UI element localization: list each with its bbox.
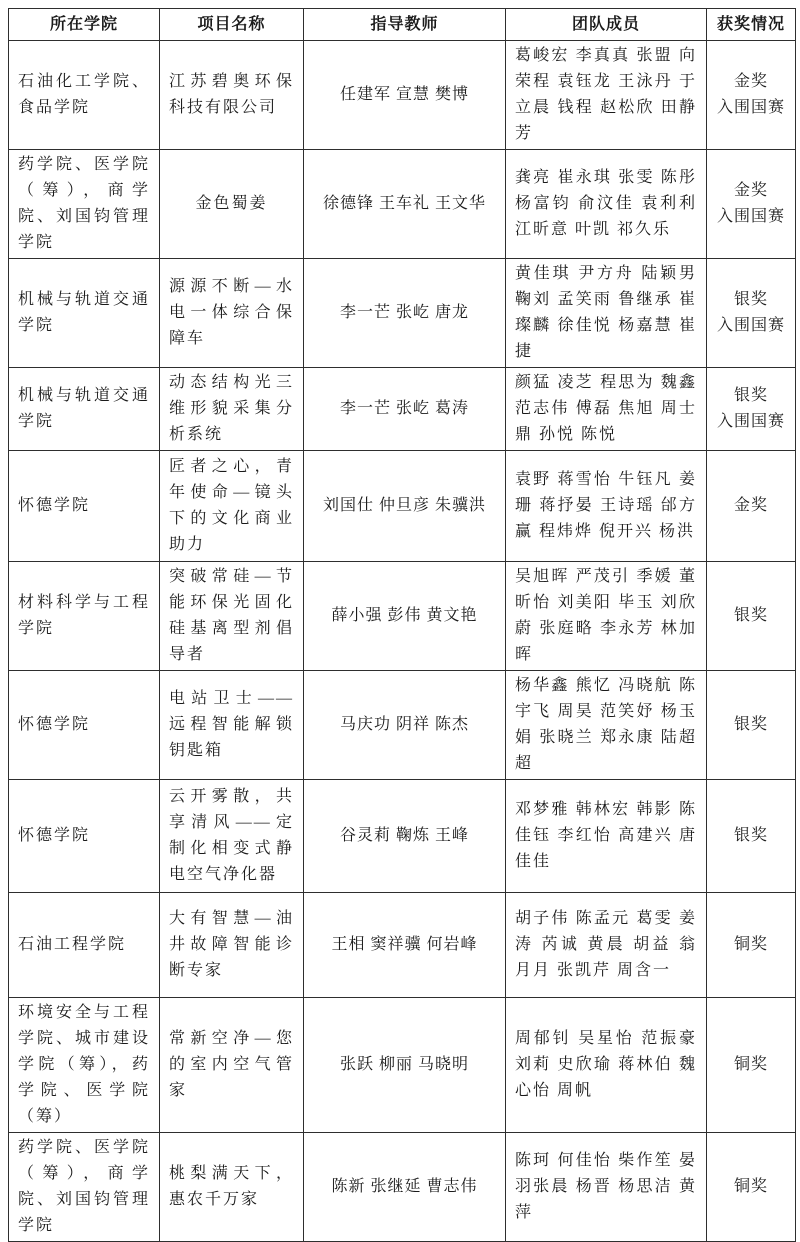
col-header-college: 所在学院	[9, 9, 160, 41]
college-cell: 怀德学院	[9, 451, 160, 562]
project-cell: 大有智慧—油井故障智能诊断专家	[160, 893, 304, 998]
teachers-cell: 谷灵莉 鞠炼 王峰	[304, 780, 506, 893]
project-cell: 电站卫士——远程智能解锁钥匙箱	[160, 671, 304, 780]
college-cell: 材料科学与工程学院	[9, 562, 160, 671]
college-cell: 环境安全与工程学院、城市建设学院（筹），药学院、医学院（筹）	[9, 998, 160, 1133]
project-cell: 金色蜀姜	[160, 150, 304, 259]
table-row: 石油化工学院、食品学院 江苏碧奥环保科技有限公司 任建军 宣慧 樊博 葛峻宏 李…	[9, 41, 796, 150]
project-cell: 动态结构光三维形貌采集分析系统	[160, 368, 304, 451]
college-cell: 机械与轨道交通学院	[9, 259, 160, 368]
document-page: 所在学院 项目名称 指导教师 团队成员 获奖情况 石油化工学院、食品学院 江苏碧…	[0, 0, 800, 1242]
college-cell: 药学院、医学院（筹），商学院、刘国钧管理学院	[9, 1133, 160, 1242]
members-cell: 陈珂 何佳怡 柴作笙 晏羽张晨 杨晋 杨思洁 黄萍	[506, 1133, 707, 1242]
award-cell: 金奖 入围国赛	[707, 150, 796, 259]
members-cell: 邓梦雅 韩林宏 韩影 陈佳钰 李红怡 高建兴 唐佳佳	[506, 780, 707, 893]
award-cell: 银奖 入围国赛	[707, 368, 796, 451]
awards-table: 所在学院 项目名称 指导教师 团队成员 获奖情况 石油化工学院、食品学院 江苏碧…	[8, 8, 796, 1242]
project-cell: 桃梨满天下，惠农千万家	[160, 1133, 304, 1242]
members-cell: 周郁钊 吴星怡 范振豪 刘莉 史欣瑜 蒋林伯 魏心怡 周帆	[506, 998, 707, 1133]
college-cell: 石油工程学院	[9, 893, 160, 998]
teachers-cell: 刘国仕 仲旦彦 朱骥洪	[304, 451, 506, 562]
award-cell: 铜奖	[707, 1133, 796, 1242]
members-cell: 龚亮 崔永琪 张雯 陈彤 杨富钧 俞汶佳 袁利利 江昕意 叶凯 祁久乐	[506, 150, 707, 259]
project-cell: 匠者之心，青年使命—镜头下的文化商业助力	[160, 451, 304, 562]
members-cell: 颜猛 凌芝 程思为 魏鑫 范志伟 傅磊 焦旭 周士鼎 孙悦 陈悦	[506, 368, 707, 451]
project-cell: 突破常硅—节能环保光固化硅基离型剂倡导者	[160, 562, 304, 671]
college-cell: 机械与轨道交通学院	[9, 368, 160, 451]
table-row: 机械与轨道交通学院 源源不断—水电一体综合保障车 李一芒 张屹 唐龙 黄佳琪 尹…	[9, 259, 796, 368]
college-cell: 药学院、医学院（筹），商学院、刘国钧管理学院	[9, 150, 160, 259]
members-cell: 杨华鑫 熊忆 冯晓航 陈宇飞 周昊 范笑妤 杨玉娟 张晓兰 郑永康 陆超超	[506, 671, 707, 780]
table-row: 怀德学院 电站卫士——远程智能解锁钥匙箱 马庆功 阴祥 陈杰 杨华鑫 熊忆 冯晓…	[9, 671, 796, 780]
award-cell: 银奖	[707, 780, 796, 893]
award-cell: 金奖	[707, 451, 796, 562]
teachers-cell: 薛小强 彭伟 黄文艳	[304, 562, 506, 671]
teachers-cell: 王相 窦祥骥 何岩峰	[304, 893, 506, 998]
members-cell: 吴旭晖 严茂引 季媛 董昕怡 刘美阳 毕玉 刘欣蔚 张庭略 李永芳 林加晖	[506, 562, 707, 671]
members-cell: 黄佳琪 尹方舟 陆颖男 鞠刘 孟笑雨 鲁继承 崔璨麟 徐佳悦 杨嘉慧 崔捷	[506, 259, 707, 368]
table-row: 环境安全与工程学院、城市建设学院（筹），药学院、医学院（筹） 常新空净—您的室内…	[9, 998, 796, 1133]
award-cell: 金奖 入围国赛	[707, 41, 796, 150]
col-header-members: 团队成员	[506, 9, 707, 41]
teachers-cell: 李一芒 张屹 唐龙	[304, 259, 506, 368]
col-header-teachers: 指导教师	[304, 9, 506, 41]
table-row: 材料科学与工程学院 突破常硅—节能环保光固化硅基离型剂倡导者 薛小强 彭伟 黄文…	[9, 562, 796, 671]
project-cell: 江苏碧奥环保科技有限公司	[160, 41, 304, 150]
members-cell: 袁野 蒋雪怡 牛钰凡 姜珊 蒋抒晏 王诗瑶 邰方赢 程炜烨 倪开兴 杨洪	[506, 451, 707, 562]
award-cell: 铜奖	[707, 998, 796, 1133]
project-cell: 源源不断—水电一体综合保障车	[160, 259, 304, 368]
members-cell: 葛峻宏 李真真 张盟 向荣程 袁钰龙 王泳丹 于立晨 钱程 赵松欣 田静芳	[506, 41, 707, 150]
award-cell: 铜奖	[707, 893, 796, 998]
table-row: 药学院、医学院（筹），商学院、刘国钧管理学院 金色蜀姜 徐德锋 王车礼 王文华 …	[9, 150, 796, 259]
table-row: 药学院、医学院（筹），商学院、刘国钧管理学院 桃梨满天下，惠农千万家 陈新 张继…	[9, 1133, 796, 1242]
college-cell: 怀德学院	[9, 780, 160, 893]
table-row: 怀德学院 匠者之心，青年使命—镜头下的文化商业助力 刘国仕 仲旦彦 朱骥洪 袁野…	[9, 451, 796, 562]
teachers-cell: 陈新 张继延 曹志伟	[304, 1133, 506, 1242]
college-cell: 石油化工学院、食品学院	[9, 41, 160, 150]
table-row: 机械与轨道交通学院 动态结构光三维形貌采集分析系统 李一芒 张屹 葛涛 颜猛 凌…	[9, 368, 796, 451]
teachers-cell: 徐德锋 王车礼 王文华	[304, 150, 506, 259]
table-row: 石油工程学院 大有智慧—油井故障智能诊断专家 王相 窦祥骥 何岩峰 胡子伟 陈孟…	[9, 893, 796, 998]
teachers-cell: 马庆功 阴祥 陈杰	[304, 671, 506, 780]
award-cell: 银奖	[707, 671, 796, 780]
table-header-row: 所在学院 项目名称 指导教师 团队成员 获奖情况	[9, 9, 796, 41]
award-cell: 银奖	[707, 562, 796, 671]
table-row: 怀德学院 云开雾散，共享清风——定制化相变式静电空气净化器 谷灵莉 鞠炼 王峰 …	[9, 780, 796, 893]
teachers-cell: 李一芒 张屹 葛涛	[304, 368, 506, 451]
project-cell: 常新空净—您的室内空气管家	[160, 998, 304, 1133]
project-cell: 云开雾散，共享清风——定制化相变式静电空气净化器	[160, 780, 304, 893]
members-cell: 胡子伟 陈孟元 葛雯 姜涛 芮诚 黄晨 胡益 翁月月 张凯芹 周含一	[506, 893, 707, 998]
col-header-project: 项目名称	[160, 9, 304, 41]
award-cell: 银奖 入围国赛	[707, 259, 796, 368]
college-cell: 怀德学院	[9, 671, 160, 780]
teachers-cell: 任建军 宣慧 樊博	[304, 41, 506, 150]
col-header-award: 获奖情况	[707, 9, 796, 41]
teachers-cell: 张跃 柳丽 马晓明	[304, 998, 506, 1133]
